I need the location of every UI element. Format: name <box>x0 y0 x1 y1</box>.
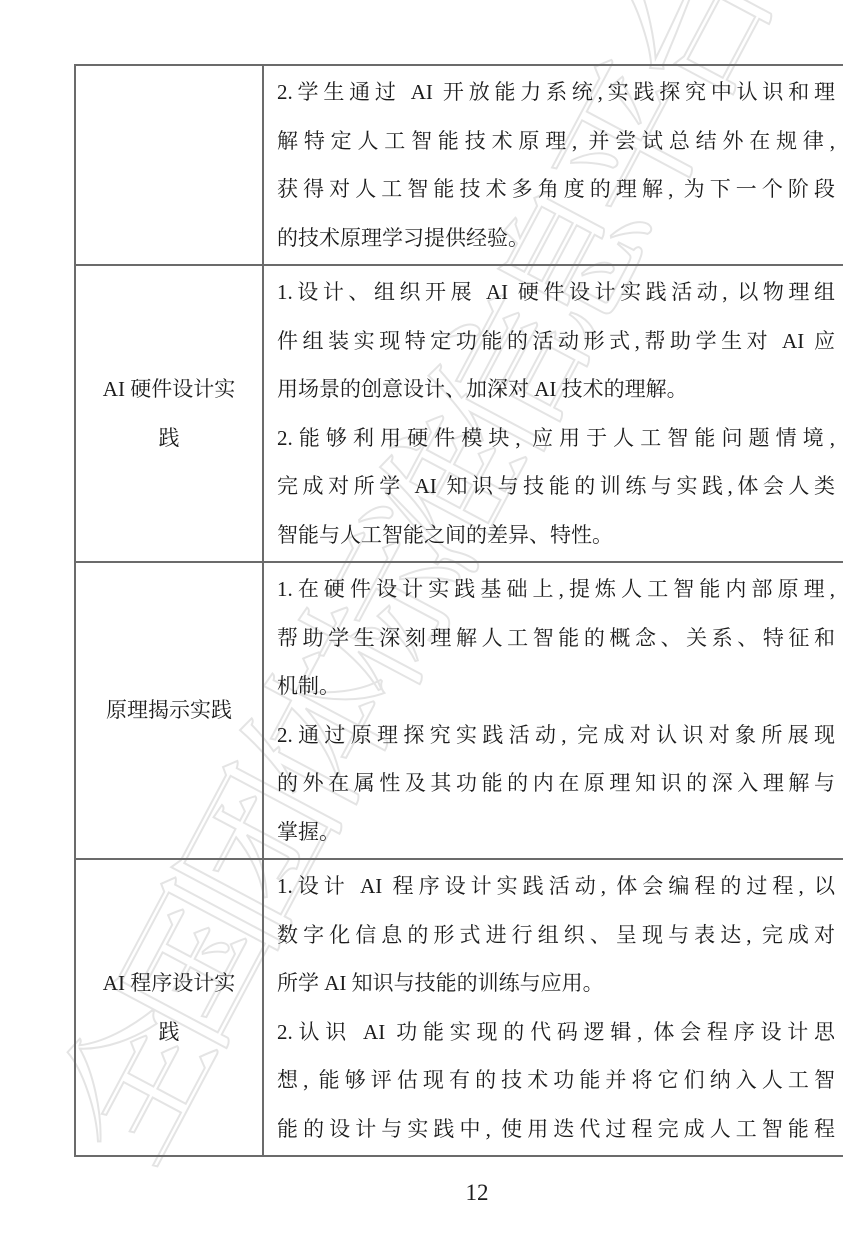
text-line: 2.通过原理探究实践活动, 完成对认识对象所展现 <box>277 711 835 760</box>
row-content-cell: 1.在硬件设计实践基础上,提炼人工智能内部原理,帮助学生深刻理解人工智能的概念、… <box>263 562 843 859</box>
text-line: 所学 AI 知识与技能的训练与应用。 <box>277 959 835 1008</box>
text-line: 帮助学生深刻理解人工智能的概念、关系、特征和 <box>277 614 835 663</box>
table-row: AI 程序设计实践1.设计 AI 程序设计实践活动, 体会编程的过程, 以数字化… <box>75 859 843 1156</box>
text-line: 件组装实现特定功能的活动形式,帮助学生对 AI 应 <box>277 317 835 366</box>
text-line: 掌握。 <box>277 808 835 857</box>
text-line: 获得对人工智能技术多角度的理解, 为下一个阶段 <box>277 165 835 214</box>
text-line: 想, 能够评估现有的技术功能并将它们纳入人工智 <box>277 1056 835 1105</box>
text-line: 完成对所学 AI 知识与技能的训练与实践,体会人类 <box>277 462 835 511</box>
row-label-line: AI 程序设计实 <box>76 959 262 1008</box>
text-line: 解特定人工智能技术原理, 并尝试总结外在规律, <box>277 117 835 166</box>
row-label-cell: 原理揭示实践 <box>75 562 263 859</box>
row-label-line: AI 硬件设计实 <box>76 365 262 414</box>
row-label-line: 原理揭示实践 <box>76 686 262 735</box>
doc-table-body: 2.学生通过 AI 开放能力系统,实践探究中认识和理解特定人工智能技术原理, 并… <box>75 65 843 1156</box>
text-line: 智能与人工智能之间的差异、特性。 <box>277 511 835 560</box>
table-row: 2.学生通过 AI 开放能力系统,实践探究中认识和理解特定人工智能技术原理, 并… <box>75 65 843 265</box>
table-row: 原理揭示实践1.在硬件设计实践基础上,提炼人工智能内部原理,帮助学生深刻理解人工… <box>75 562 843 859</box>
text-line: 1.设计、组织开展 AI 硬件设计实践活动, 以物理组 <box>277 268 835 317</box>
table-row: AI 硬件设计实践1.设计、组织开展 AI 硬件设计实践活动, 以物理组件组装实… <box>75 265 843 562</box>
page-number: 12 <box>466 1180 489 1206</box>
text-line: 的技术原理学习提供经验。 <box>277 214 835 263</box>
text-line: 数字化信息的形式进行组织、呈现与表达, 完成对 <box>277 911 835 960</box>
text-line: 1.在硬件设计实践基础上,提炼人工智能内部原理, <box>277 565 835 614</box>
document-page: 全国团体标准信息平台 2.学生通过 AI 开放能力系统,实践探究中认识和理解特定… <box>0 0 860 1259</box>
row-label-cell: AI 程序设计实践 <box>75 859 263 1156</box>
row-label-cell <box>75 65 263 265</box>
text-line: 的外在属性及其功能的内在原理知识的深入理解与 <box>277 759 835 808</box>
text-line: 2.学生通过 AI 开放能力系统,实践探究中认识和理 <box>277 68 835 117</box>
text-line: 机制。 <box>277 662 835 711</box>
row-content-cell: 1.设计、组织开展 AI 硬件设计实践活动, 以物理组件组装实现特定功能的活动形… <box>263 265 843 562</box>
text-line: 用场景的创意设计、加深对 AI 技术的理解。 <box>277 365 835 414</box>
text-line: 能的设计与实践中, 使用迭代过程完成人工智能程 <box>277 1105 835 1154</box>
text-line: 2.认识 AI 功能实现的代码逻辑, 体会程序设计思 <box>277 1008 835 1057</box>
row-label-line: 践 <box>76 1008 262 1057</box>
row-label-cell: AI 硬件设计实践 <box>75 265 263 562</box>
text-line: 2.能够利用硬件模块, 应用于人工智能问题情境, <box>277 414 835 463</box>
practice-table: 2.学生通过 AI 开放能力系统,实践探究中认识和理解特定人工智能技术原理, 并… <box>74 64 843 1157</box>
row-content-cell: 2.学生通过 AI 开放能力系统,实践探究中认识和理解特定人工智能技术原理, 并… <box>263 65 843 265</box>
row-content-cell: 1.设计 AI 程序设计实践活动, 体会编程的过程, 以数字化信息的形式进行组织… <box>263 859 843 1156</box>
row-label-line: 践 <box>76 414 262 463</box>
text-line: 1.设计 AI 程序设计实践活动, 体会编程的过程, 以 <box>277 862 835 911</box>
